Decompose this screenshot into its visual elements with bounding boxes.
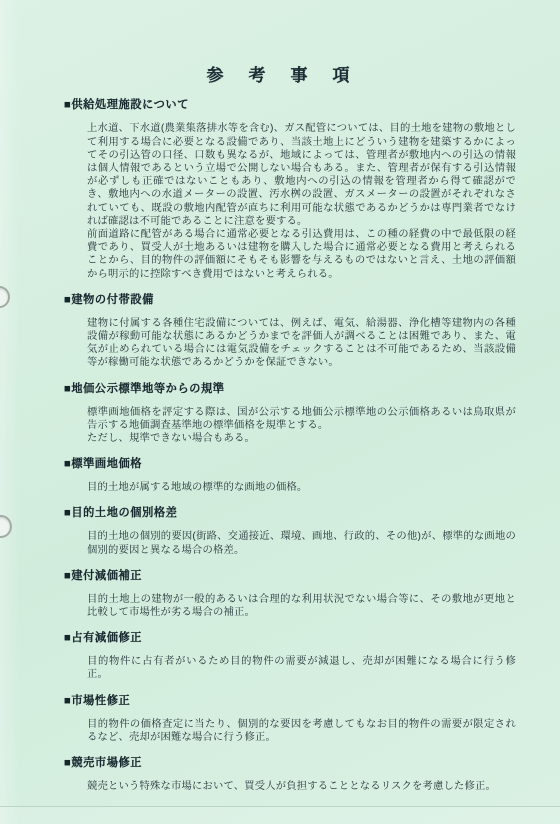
section-paragraph: 競売という特殊な市場において、買受人が負担することとなるリスクを考慮した修正。	[87, 780, 516, 793]
section-heading: ■供給処理施設について	[64, 99, 516, 112]
section-heading: ■目的土地の個別格差	[64, 507, 516, 520]
document-section: ■競売市場修正 競売という特殊な市場において、買受人が負担することとなるリスクを…	[0, 757, 560, 793]
document-section: ■目的土地の個別格差 目的土地の個別的要因(街路、交通接近、環境、画地、行政的、…	[0, 507, 560, 556]
section-paragraph: 目的物件の価格査定に当たり、個別的な要因を考慮してもなお目的物件の需要が限定され…	[87, 718, 516, 744]
section-paragraph: 標準画地価格を評定する際は、国が公示する地価公示標準地の公示価格あるいは鳥取県が…	[87, 406, 516, 432]
section-paragraph: 目的土地上の建物が一般的あるいは合理的な利用状況でない場合等に、その敷地が更地と…	[87, 593, 516, 619]
section-paragraph: 建物に付属する各種住宅設備については、例えば、電気、給湯器、浄化槽等建物内の各種…	[87, 317, 516, 370]
section-paragraph: 目的物件に占有者がいるため目的物件の需要が減退し、売却が困難になる場合に行う修正…	[87, 655, 516, 681]
section-heading: ■建物の付帯設備	[64, 294, 516, 307]
section-heading: ■地価公示標準地等からの規準	[64, 383, 516, 396]
section-paragraph: 前面道路に配管がある場合に通常必要となる引込費用は、この種の経費の中で最低限の経…	[87, 228, 516, 281]
section-paragraph: 目的土地の個別的要因(街路、交通接近、環境、画地、行政的、その他)が、標準的な画…	[87, 530, 516, 556]
document-body: ■供給処理施設について 上水道、下水道(農業集落排水等を含む)、ガス配管について…	[0, 99, 560, 793]
document-section: ■市場性修正 目的物件の価格査定に当たり、個別的な要因を考慮してもなお目的物件の…	[0, 695, 560, 744]
section-paragraph: 上水道、下水道(農業集落排水等を含む)、ガス配管については、目的土地を建物の敷地…	[87, 122, 516, 228]
section-heading: ■建付減価補正	[64, 570, 516, 583]
document-section: ■供給処理施設について 上水道、下水道(農業集落排水等を含む)、ガス配管について…	[0, 99, 560, 280]
document-section: ■地価公示標準地等からの規準 標準画地価格を評定する際は、国が公示する地価公示標…	[0, 383, 560, 446]
section-heading: ■占有減価修正	[64, 632, 516, 645]
section-heading: ■競売市場修正	[64, 757, 516, 770]
section-paragraph: ただし、規準できない場合もある。	[87, 432, 516, 445]
paper-edge-strip	[0, 807, 560, 824]
section-paragraph: 目的土地が属する地域の標準的な画地の価格。	[87, 481, 516, 494]
document-section: ■建物の付帯設備 建物に付属する各種住宅設備については、例えば、電気、給湯器、浄…	[0, 294, 560, 370]
document-section: ■占有減価修正 目的物件に占有者がいるため目的物件の需要が減退し、売却が困難にな…	[0, 632, 560, 681]
section-heading: ■標準画地価格	[64, 458, 516, 471]
document-section: ■標準画地価格 目的土地が属する地域の標準的な画地の価格。	[0, 458, 560, 494]
document-section: ■建付減価補正 目的土地上の建物が一般的あるいは合理的な利用状況でない場合等に、…	[0, 570, 560, 619]
section-heading: ■市場性修正	[64, 695, 516, 708]
page-title: 参 考 事 項	[0, 11, 560, 86]
scanned-document-page: 参 考 事 項 ■供給処理施設について 上水道、下水道(農業集落排水等を含む)、…	[0, 0, 560, 824]
